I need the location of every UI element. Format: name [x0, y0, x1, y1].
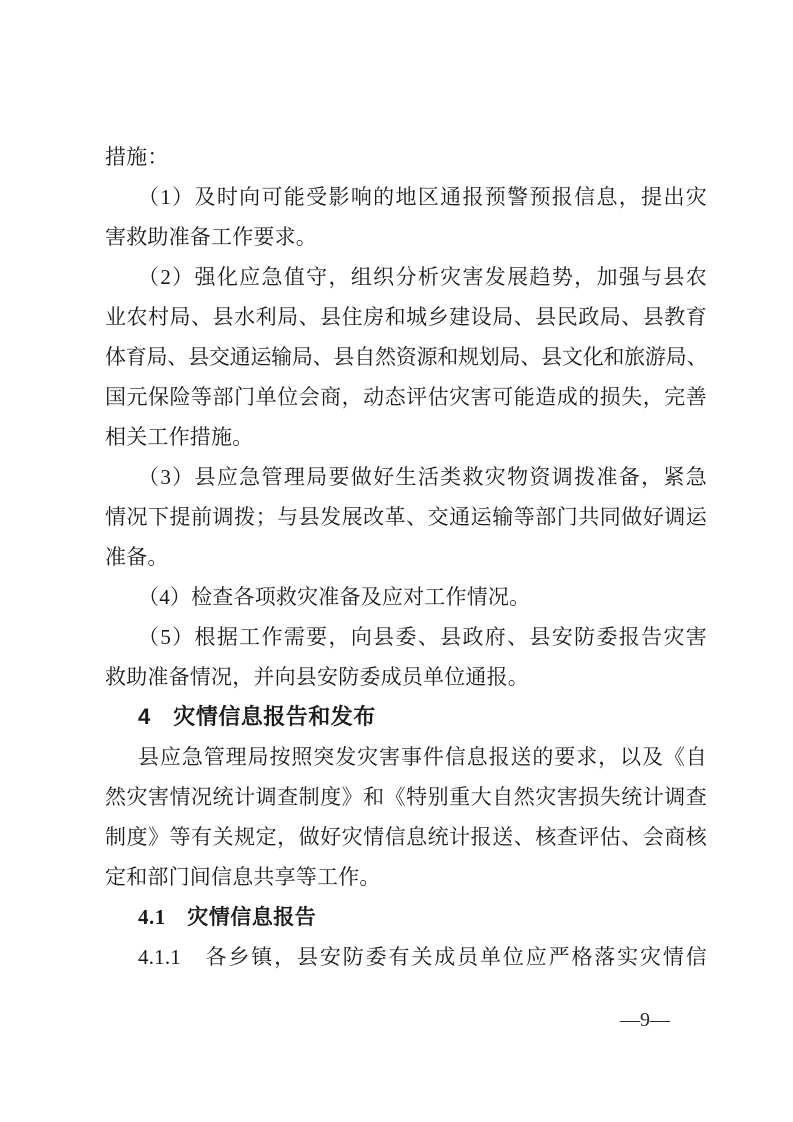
doc-line-continuation: 措施： [105, 137, 707, 177]
doc-line: 然灾害情况统计调查制度》和《特别重大自然灾害损失统计调查 [105, 777, 707, 817]
doc-line: 情况下提前调拨；与县发展改革、交通运输等部门共同做好调运 [105, 497, 707, 537]
section-4-1-heading: 4.1 灾情信息报告 [105, 897, 707, 937]
doc-line: 害救助准备工作要求。 [105, 217, 707, 257]
doc-line-item-1-start: （1）及时向可能受影响的地区通报预警预报信息，提出灾 [105, 177, 707, 217]
doc-line-para-start: 县应急管理局按照突发灾害事件信息报送的要求，以及《自 [105, 737, 707, 777]
doc-line-clause-4-1-1: 4.1.1 各乡镇，县安防委有关成员单位应严格落实灾情信 [105, 937, 707, 977]
doc-line-item-4: （4）检查各项救灾准备及应对工作情况。 [105, 577, 707, 617]
doc-line: 相关工作措施。 [105, 417, 707, 457]
document-page: 措施： （1）及时向可能受影响的地区通报预警预报信息，提出灾 害救助准备工作要求… [0, 0, 793, 1122]
doc-line: 定和部门间信息共享等工作。 [105, 857, 707, 897]
section-4-heading: 4 灾情信息报告和发布 [105, 697, 707, 737]
doc-line: 国元保险等部门单位会商，动态评估灾害可能造成的损失，完善 [105, 377, 707, 417]
doc-line-item-5-start: （5）根据工作需要，向县委、县政府、县安防委报告灾害 [105, 617, 707, 657]
doc-line: 救助准备情况，并向县安防委成员单位通报。 [105, 657, 707, 697]
page-number: —9— [620, 1005, 670, 1035]
doc-line: 体育局、县交通运输局、县自然资源和规划局、县文化和旅游局、 [105, 337, 707, 377]
doc-line-item-3-start: （3）县应急管理局要做好生活类救灾物资调拨准备，紧急 [105, 457, 707, 497]
document-text-block: 措施： （1）及时向可能受影响的地区通报预警预报信息，提出灾 害救助准备工作要求… [105, 137, 707, 977]
doc-line: 业农村局、县水利局、县住房和城乡建设局、县民政局、县教育 [105, 297, 707, 337]
doc-line: 制度》等有关规定，做好灾情信息统计报送、核查评估、会商核 [105, 817, 707, 857]
doc-line-item-2-start: （2）强化应急值守，组织分析灾害发展趋势，加强与县农 [105, 257, 707, 297]
doc-line: 准备。 [105, 537, 707, 577]
